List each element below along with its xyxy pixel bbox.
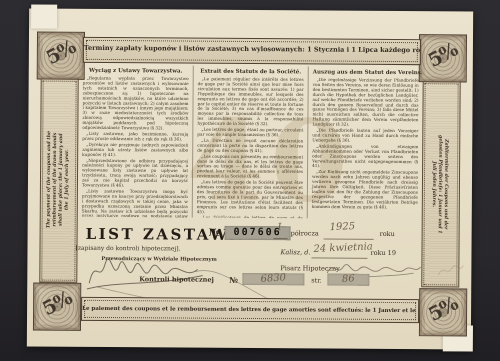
statute-paragraph: „Les coupons non présentés au remboursem… xyxy=(197,154,303,180)
statute-paragraph: „Listy zastawne Towarzystwa mogą być prz… xyxy=(82,189,188,218)
photo-background: 5% 5% 5% 5% Terminy zapłaty kuponów i li… xyxy=(0,0,500,361)
statute-paragraph: „Regularna wypłata przez Towarzystwo pro… xyxy=(82,76,188,131)
bottom-banner: Le paiement des coupons et le remboursem… xyxy=(81,297,419,323)
handwritten-date: 24 kwietnia xyxy=(313,241,373,255)
bottom-banner-text: Le paiement des coupons et le remboursem… xyxy=(82,298,418,314)
control-number-symbol: № xyxy=(229,275,238,285)
statute-heading: Auszug aus dem Statut des Vereins. xyxy=(313,68,419,75)
statute-paragraph: „Les falsificateurs de lettres de gage e… xyxy=(197,215,303,218)
percent-stamp-label: 5% xyxy=(417,35,468,76)
page-label: str. xyxy=(311,276,321,284)
pencil-mark xyxy=(435,259,465,281)
statute-paragraph: „La Direction ne reçoit aucune déclarati… xyxy=(197,138,303,154)
handwritten-control-number: 6830 xyxy=(242,271,305,286)
number-symbol: № xyxy=(209,228,220,239)
statute-heading: Extrait des Statuts de la Société. xyxy=(198,68,304,75)
percent-stamp-bottom-left: 5% xyxy=(33,282,81,330)
handwritten-page-number: 86 xyxy=(327,272,370,286)
statute-paragraph: „Nieprzedstawione do odbioru przypadając… xyxy=(82,158,188,188)
statute-column-polish: Wyciąg z Ustawy Towarzystwa. „Regularna … xyxy=(78,65,193,218)
statute-heading: Wyciąg z Ustawy Towarzystwa. xyxy=(83,67,189,74)
left-edge-text-wrap: The payment of the coupons and the reimb… xyxy=(39,79,76,281)
statute-paragraph: „Les lettres de gage, étant au porteur, … xyxy=(197,127,303,138)
half-year-label: półrocza xyxy=(291,229,319,237)
statute-column-french: Extrait des Statuts de la Société. „Le p… xyxy=(192,66,308,219)
paper-patch-top-left xyxy=(31,4,57,28)
handwritten-semester: I xyxy=(277,222,281,233)
statute-paragraph: „Le paiement régulier des intérêts des l… xyxy=(197,77,303,127)
right-edge-text: Zahltermine der Coupons und der gelosten… xyxy=(431,134,450,235)
statute-paragraph: „Dyrekcya nie przyjmuje żadnych zapowied… xyxy=(82,142,188,158)
percent-stamp-top-right: 5% xyxy=(419,34,467,82)
date-suffix-label: roku 19 xyxy=(370,249,396,257)
statute-column-inner: Wyciąg z Ustawy Towarzystwa. „Regularna … xyxy=(82,67,189,218)
handwritten-year: 1925 xyxy=(329,221,355,233)
control-label: Kontroli hipotecznej xyxy=(139,275,214,284)
year-label: roku xyxy=(380,230,395,238)
statute-paragraph: „Die Pfandbriefe lauten auf jeden Vorzei… xyxy=(312,128,418,144)
percent-stamp-label: 5% xyxy=(32,283,83,324)
statute-paragraph: „Die regelmässige Verzinsung der Pfandbr… xyxy=(312,77,418,127)
control-page-box: 86 xyxy=(327,274,369,286)
field-underline xyxy=(274,237,288,239)
control-number-box: 6830 xyxy=(242,273,304,285)
statute-paragraph: „Ankündigungen von etwaigem Abhandenkomm… xyxy=(312,144,418,170)
bond-certificate-sheet: 5% 5% 5% 5% Terminy zapłaty kuponów i li… xyxy=(27,8,473,349)
left-edge-text: The payment of the coupons and the reimb… xyxy=(46,129,70,230)
percent-stamp-bottom-right: 5% xyxy=(419,288,467,336)
statute-columns: Wyciąg z Ustawy Towarzystwa. „Regularna … xyxy=(78,65,423,219)
statute-paragraph: „Les lettres de gage de la Société peuve… xyxy=(197,180,303,215)
statute-column-inner: Auszug aus dem Statut des Vereins. „Die … xyxy=(312,68,419,210)
top-banner: Terminy zapłaty kuponów i listów zastawn… xyxy=(83,37,421,65)
statute-column-inner: Extrait des Statuts de la Société. „Le p… xyxy=(197,68,304,219)
percent-stamp-label: 5% xyxy=(418,289,469,330)
statute-paragraph: „Listy zastawne, jako bezimienne, kursuj… xyxy=(82,131,188,142)
right-edge-text-wrap: Zahltermine der Coupons und der gelosten… xyxy=(421,83,458,285)
statute-column-german: Auszug aus dem Statut des Vereins. „Die … xyxy=(307,66,423,219)
top-banner-text: Terminy zapłaty kuponów i listów zastawn… xyxy=(84,38,420,54)
statute-paragraph: „Zur Einlösung nicht angemeldete Zinscou… xyxy=(312,170,418,210)
field-underline xyxy=(324,238,374,240)
